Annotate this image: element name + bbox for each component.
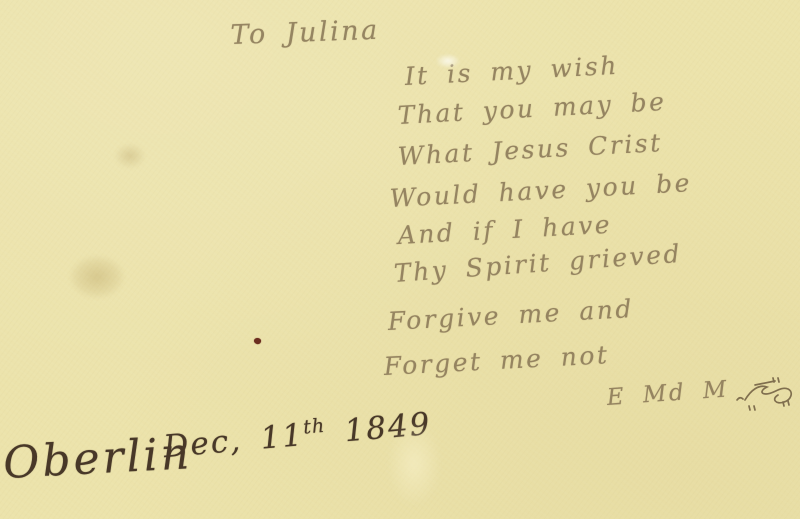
signature-flourish bbox=[733, 370, 797, 422]
date-year: 1849 bbox=[343, 406, 433, 449]
poem-line: That you may be bbox=[397, 87, 667, 130]
paper-stain bbox=[114, 143, 146, 169]
paper-stain bbox=[70, 256, 124, 298]
signature-text: E Md M bbox=[606, 376, 730, 410]
poem-line: And if I have bbox=[397, 210, 613, 250]
poem-line: It is my wish bbox=[404, 51, 619, 91]
paper-scan: To Julina It is my wish That you may be … bbox=[0, 0, 800, 519]
ink-blot-dot bbox=[253, 337, 261, 345]
poem-line: What Jesus Crist bbox=[397, 128, 663, 171]
date-ordinal: th bbox=[302, 414, 326, 439]
poem-line: Forgive me and bbox=[387, 294, 634, 336]
date-text: Dec, 11th 1849 bbox=[162, 405, 433, 466]
poem-line: Forget me not bbox=[383, 340, 610, 381]
poem-line: Would have you be bbox=[389, 168, 693, 213]
dedication-text: To Julina bbox=[230, 15, 380, 51]
date-day: Dec, 11 bbox=[162, 417, 305, 465]
